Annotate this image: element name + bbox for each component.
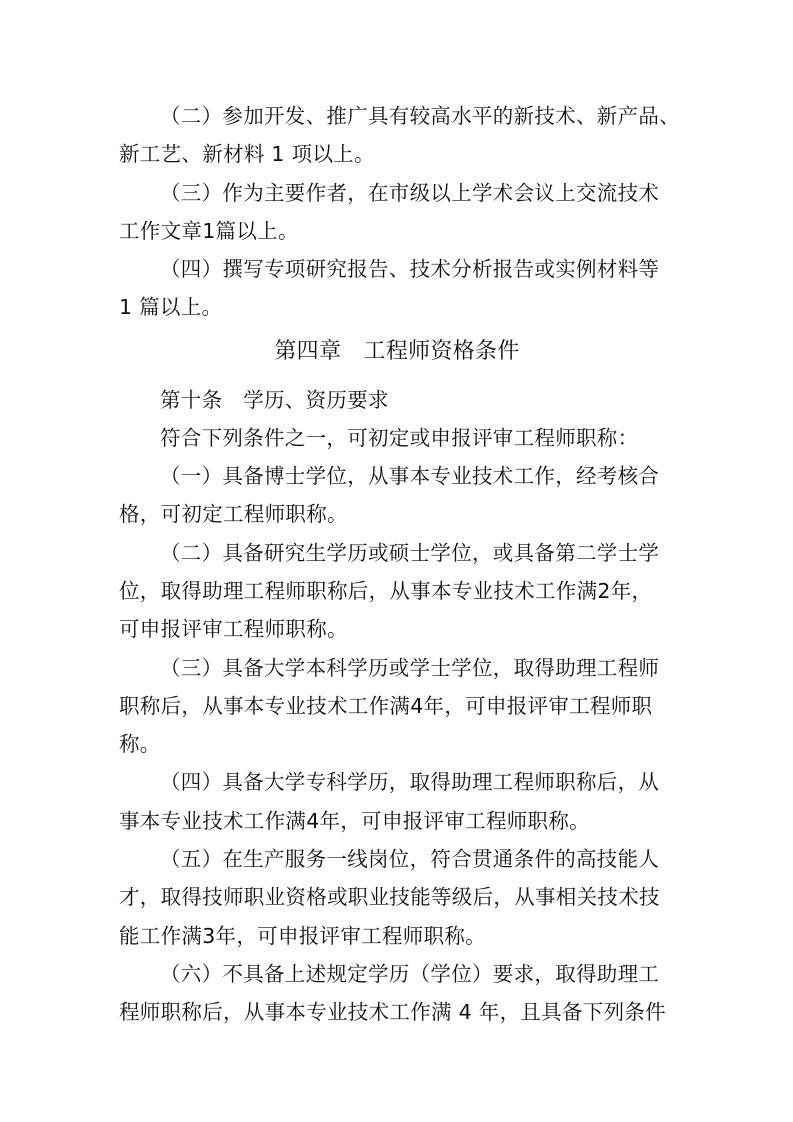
condition-5: （五）在生产服务一线岗位，符合贯通条件的高技能人 才，取得技师职业资格或职业技能… — [119, 840, 675, 955]
condition-3: （三）具备大学本科学历或学士学位，取得助理工程师 职称后，从事本专业技术工作满4… — [119, 649, 675, 764]
paragraph-line: （三）具备大学本科学历或学士学位，取得助理工程师 — [119, 649, 675, 687]
paragraph-line: 新工艺、新材料 1 项以上。 — [119, 135, 675, 173]
paragraph-line: 格，可初定工程师职称。 — [119, 495, 675, 533]
paragraph-line: 程师职称后，从事本专业技术工作满 4 年，且具备下列条件 — [119, 993, 675, 1031]
condition-6: （六）不具备上述规定学历（学位）要求，取得助理工 程师职称后，从事本专业技术工作… — [119, 955, 675, 1032]
paragraph-line: 才，取得技师职业资格或职业技能等级后，从事相关技术技 — [119, 878, 675, 916]
prev-item-3: （三）作为主要作者，在市级以上学术会议上交流技术 工作文章1篇以上。 — [119, 174, 675, 251]
paragraph-line: （三）作为主要作者，在市级以上学术会议上交流技术 — [119, 174, 675, 212]
paragraph-line: 称。 — [119, 725, 675, 763]
paragraph-line: 工作文章1篇以上。 — [119, 212, 675, 250]
prev-item-4: （四）撰写专项研究报告、技术分析报告或实例材料等 1 篇以上。 — [119, 250, 675, 327]
paragraph-line: （六）不具备上述规定学历（学位）要求，取得助理工 — [119, 955, 675, 993]
paragraph-line: 1 篇以上。 — [119, 288, 675, 326]
paragraph-line: 能工作满3年，可申报评审工程师职称。 — [119, 917, 675, 955]
paragraph-line: （二）具备研究生学历或硕士学位，或具备第二学士学 — [119, 534, 675, 572]
paragraph-line: 位，取得助理工程师职称后，从事本专业技术工作满2年， — [119, 572, 675, 610]
paragraph-line: （五）在生产服务一线岗位，符合贯通条件的高技能人 — [119, 840, 675, 878]
condition-2: （二）具备研究生学历或硕士学位，或具备第二学士学 位，取得助理工程师职称后，从事… — [119, 534, 675, 649]
prev-item-2: （二）参加开发、推广具有较高水平的新技术、新产品、 新工艺、新材料 1 项以上。 — [119, 97, 675, 174]
paragraph-line: 职称后，从事本专业技术工作满4年，可申报评审工程师职 — [119, 687, 675, 725]
paragraph-line: 事本专业技术工作满4年，可申报评审工程师职称。 — [119, 802, 675, 840]
paragraph-line: （四）撰写专项研究报告、技术分析报告或实例材料等 — [119, 250, 675, 288]
paragraph-line: （一）具备博士学位，从事本专业技术工作，经考核合 — [119, 457, 675, 495]
article-title: 第十条 学历、资历要求 — [119, 377, 675, 419]
intro-text: 符合下列条件之一，可初定或申报评审工程师职称： — [119, 419, 675, 457]
chapter-title: 第四章 工程师资格条件 — [119, 327, 675, 377]
condition-1: （一）具备博士学位，从事本专业技术工作，经考核合 格，可初定工程师职称。 — [119, 457, 675, 534]
paragraph-line: （四）具备大学专科学历，取得助理工程师职称后，从 — [119, 763, 675, 801]
paragraph-line: 可申报评审工程师职称。 — [119, 610, 675, 648]
condition-4: （四）具备大学专科学历，取得助理工程师职称后，从 事本专业技术工作满4年，可申报… — [119, 763, 675, 840]
document-page: （二）参加开发、推广具有较高水平的新技术、新产品、 新工艺、新材料 1 项以上。… — [119, 97, 675, 1032]
paragraph-line: （二）参加开发、推广具有较高水平的新技术、新产品、 — [119, 97, 675, 135]
